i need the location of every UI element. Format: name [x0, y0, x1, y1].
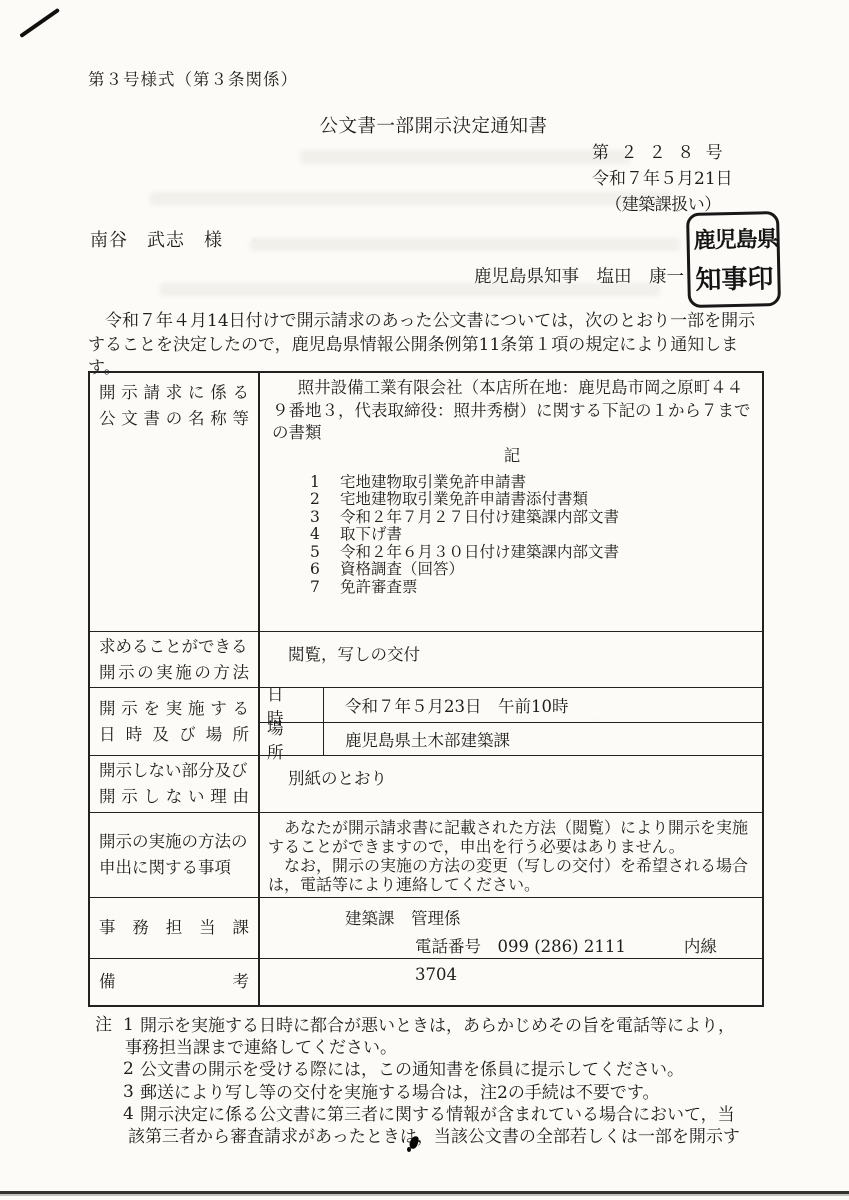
row-label-line: 申出に関する事項	[99, 855, 249, 881]
list-item-number: 2	[310, 491, 340, 509]
row-label: 求めることができる 開示の実施の方法	[90, 632, 260, 687]
list-item: 2宅地建物取引業免許申請書添付書類	[310, 491, 752, 509]
row-label-line: 開示の実施の方法	[99, 660, 249, 686]
list-item: 7免許審査票	[310, 579, 752, 597]
disclosure-datetime-value: 令和７年５月23日 午前10時	[324, 688, 762, 722]
scanner-edge-line	[0, 1191, 849, 1194]
intro-line-1: 令和７年４月14日付けで開示請求のあった公文書については，次のとおり一部を開示	[88, 310, 766, 334]
list-item: 3令和２年７月２７日付け建築課内部文書	[310, 509, 752, 527]
row-label-line: 備考	[99, 969, 249, 995]
scanned-document-page: 第３号様式（第３条関係） 公文書一部開示決定通知書 第 ２ ２ ８ 号 令和７年…	[0, 0, 849, 1200]
issuer-governor-name: 鹿児島県知事 塩田 康一	[474, 263, 684, 288]
row-content: 照井設備工業有限会社（本店所在地：鹿児島市岡之原町４４９番地３，代表取締役：照井…	[260, 373, 762, 631]
list-item-number: 3	[310, 509, 340, 527]
document-meta-block: 第 ２ ２ ８ 号 令和７年５月21日 （建築課扱い）	[592, 140, 734, 218]
row-label-line: 公文書の名称等	[99, 406, 249, 432]
list-item: 6資格調査（回答）	[310, 561, 752, 579]
issue-date: 令和７年５月21日	[592, 166, 734, 192]
row-label-line: 開示しない理由	[99, 784, 249, 810]
method-paragraph-2: なお，開示の実施の方法の変更（写しの交付）を希望される場合は，電話等により連絡し…	[268, 856, 754, 894]
note-text: 公文書の開示を受ける際には，この通知書を係員に提示してください。	[140, 1060, 785, 1082]
intro-paragraph: 令和７年４月14日付けで開示請求のあった公文書については，次のとおり一部を開示 …	[88, 310, 766, 381]
row-label-line: 開示しない部分及び	[99, 758, 249, 784]
note-text: 開示を実施する日時に都合が悪いときは，あらかじめその旨を電話等により，	[140, 1016, 785, 1038]
note-2: 2 公文書の開示を受ける際には，この通知書を係員に提示してください。	[95, 1059, 785, 1082]
note-marker: 注	[95, 1015, 123, 1038]
document-list: 1宅地建物取引業免許申請書 2宅地建物取引業免許申請書添付書類 3令和２年７月２…	[310, 474, 752, 597]
note-text: 開示決定に係る公文書に第三者に関する情報が含まれている場合において，当	[140, 1105, 785, 1127]
note-number: 2	[123, 1059, 140, 1082]
footnotes-block: 注 1 開示を実施する日時に都合が悪いときは，あらかじめその旨を電話等により， …	[95, 1015, 785, 1148]
row-label-line: 開示請求に係る	[99, 380, 249, 406]
list-item-number: 5	[310, 544, 340, 562]
seal-text-top: 鹿児島県	[693, 222, 773, 255]
table-row-disclosure-method: 求めることができる 開示の実施の方法 閲覧，写しの交付	[90, 631, 762, 687]
list-item-number: 6	[310, 561, 340, 579]
disclosure-place-value: 鹿児島県土木部建築課	[324, 723, 762, 756]
table-row-remarks: 備考	[90, 958, 762, 1005]
requested-documents-description: 照井設備工業有限会社（本店所在地：鹿児島市岡之原町４４９番地３，代表取締役：照井…	[272, 377, 752, 445]
seal-char: 印	[747, 258, 774, 296]
responsible-section-name: 建築課 管理係	[345, 905, 762, 933]
document-number: 第 ２ ２ ８ 号	[592, 140, 734, 166]
subrow-label: 場 所	[260, 723, 324, 756]
note-number: 4	[123, 1104, 140, 1127]
row-label-line: 日時及び場所	[99, 722, 249, 748]
row-label: 開示の実施の方法の 申出に関する事項	[90, 813, 260, 897]
list-item: 4取下げ書	[310, 526, 752, 544]
list-item-text: 令和２年６月３０日付け建築課内部文書	[340, 544, 619, 562]
list-item-number: 7	[310, 579, 340, 597]
row-label-line: 事務担当課	[99, 915, 249, 941]
row-label-line: 開示を実施する	[99, 696, 249, 722]
row-content: あなたが開示請求書に記載された方法（閲覧）により開示を実施することができますので…	[260, 813, 762, 897]
list-item-text: 宅地建物取引業免許申請書添付書類	[340, 491, 588, 509]
handwritten-check-mark	[19, 8, 60, 38]
ink-blot-artifact	[407, 1147, 411, 1152]
note-number: 1	[123, 1015, 140, 1038]
list-item: 5令和２年６月３０日付け建築課内部文書	[310, 544, 752, 562]
table-row-nondisclosed-parts: 開示しない部分及び 開示しない理由 別紙のとおり	[90, 755, 762, 812]
note-number: 3	[123, 1082, 140, 1105]
bleed-through-artifact	[250, 238, 680, 251]
ki-heading: 記	[272, 445, 752, 466]
note-marker-empty	[95, 1059, 123, 1082]
list-item-number: 1	[310, 474, 340, 492]
seal-char: 知	[695, 259, 722, 297]
row-label-line: 求めることができる	[99, 634, 249, 660]
remarks-label-right: 考	[233, 972, 250, 991]
list-item-text: 免許審査票	[340, 579, 418, 597]
remarks-label-left: 備	[99, 972, 233, 991]
row-content: 閲覧，写しの交付	[260, 632, 762, 687]
note-1: 注 1 開示を実施する日時に都合が悪いときは，あらかじめその旨を電話等により，	[95, 1015, 785, 1038]
note-marker-empty	[95, 1104, 123, 1127]
list-item-text: 宅地建物取引業免許申請書	[340, 474, 526, 492]
note-4-continuation: 該第三者から審査請求があったときは，当該公文書の全部若しくは一部を開示す	[128, 1127, 785, 1149]
bleed-through-artifact	[300, 150, 630, 164]
row-label: 備考	[90, 959, 260, 1005]
note-3: 3 郵送により写し等の交付を実施する場合は，注2の手続は不要です。	[95, 1082, 785, 1105]
disclosure-form-table: 開示請求に係る 公文書の名称等 照井設備工業有限会社（本店所在地：鹿児島市岡之原…	[88, 371, 764, 1007]
list-item: 1宅地建物取引業免許申請書	[310, 474, 752, 492]
row-content: 日 時 令和７年５月23日 午前10時 場 所 鹿児島県土木部建築課	[260, 688, 762, 755]
note-text: 郵送により写し等の交付を実施する場合は，注2の手続は不要です。	[140, 1083, 785, 1105]
form-style-number: 第３号様式（第３条関係）	[88, 66, 298, 90]
list-item-text: 資格調査（回答）	[340, 561, 464, 579]
phone-number: 電話番号 099 (286) 2111	[415, 937, 626, 956]
table-row-datetime-place: 開示を実施する 日時及び場所 日 時 令和７年５月23日 午前10時 場 所 鹿…	[90, 687, 762, 755]
subrow-place: 場 所 鹿児島県土木部建築課	[260, 722, 762, 756]
table-row-responsible-section: 事務担当課 建築課 管理係 電話番号 099 (286) 2111内線 3704	[90, 897, 762, 958]
row-label-line: 開示の実施の方法の	[99, 829, 249, 855]
row-label: 開示請求に係る 公文書の名称等	[90, 373, 260, 631]
list-item-text: 令和２年７月２７日付け建築課内部文書	[340, 509, 619, 527]
row-label: 開示を実施する 日時及び場所	[90, 688, 260, 755]
row-label: 開示しない部分及び 開示しない理由	[90, 756, 260, 812]
table-row-method-application: 開示の実施の方法の 申出に関する事項 あなたが開示請求書に記載された方法（閲覧）…	[90, 812, 762, 897]
seal-char: 事	[721, 259, 748, 297]
remarks-content-empty	[260, 959, 762, 1005]
seal-text-bottom: 知事印	[694, 258, 774, 297]
table-row-document-names: 開示請求に係る 公文書の名称等 照井設備工業有限会社（本店所在地：鹿児島市岡之原…	[90, 373, 762, 631]
note-4: 4 開示決定に係る公文書に第三者に関する情報が含まれている場合において，当	[95, 1104, 785, 1127]
list-item-text: 取下げ書	[340, 526, 402, 544]
subrow-datetime: 日 時 令和７年５月23日 午前10時	[260, 688, 762, 722]
governor-seal-stamp: 鹿児島県 知事印	[686, 211, 781, 308]
addressee-name: 南谷 武志 様	[90, 226, 223, 252]
document-title: 公文書一部開示決定通知書	[0, 112, 849, 138]
row-content: 別紙のとおり	[260, 756, 762, 812]
note-marker-empty	[95, 1082, 123, 1105]
row-label: 事務担当課	[90, 898, 260, 958]
row-content: 建築課 管理係 電話番号 099 (286) 2111内線 3704	[260, 898, 762, 958]
method-paragraph-1: あなたが開示請求書に記載された方法（閲覧）により開示を実施することができますので…	[268, 818, 754, 856]
list-item-number: 4	[310, 526, 340, 544]
note-1-continuation: 事務担当課まで連絡してください。	[125, 1038, 785, 1060]
